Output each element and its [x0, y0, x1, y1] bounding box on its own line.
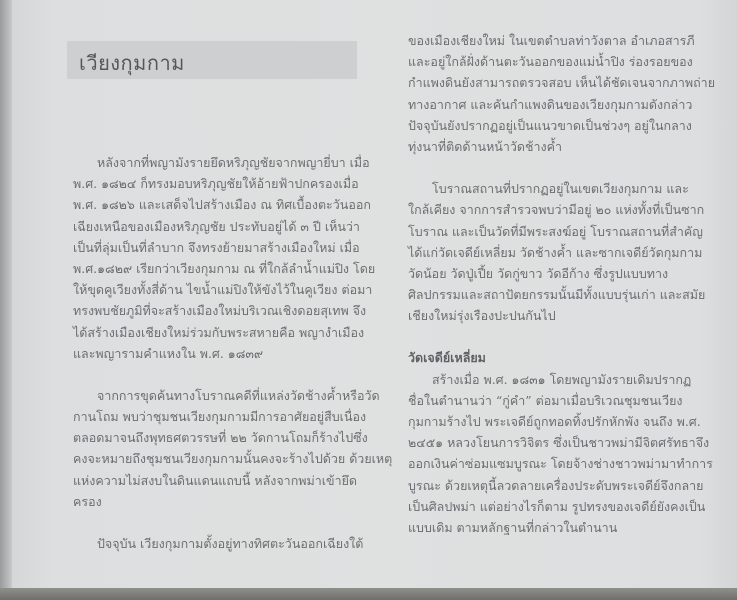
text-line: เฉียงเหนือของเมืองหริภุญชัย ประทับอยู่ได…	[73, 217, 359, 238]
text-line: แห่งความไม่สงบในดินแดนแถบนี้ หลังจากพม่า…	[73, 471, 359, 492]
book-page: เวียงกุมกาม หลังจากที่พญามังรายยึดหริภุญ…	[10, 0, 737, 588]
paragraph-present: ปัจจุบัน เวียงกุมกามตั้งอยู่ทางทิศตะวันอ…	[73, 534, 359, 555]
text-line: กุมกามร้างไป พระเจดีย์ถูกทอดทิ้งปรักหักพ…	[408, 412, 693, 433]
text-line: บูรณะ ด้วยเหตุนี้ลวดลายเครื่องประดับพระเ…	[408, 476, 693, 497]
text-line: ปัจจุบัน เวียงกุมกามตั้งอยู่ทางทิศตะวันอ…	[73, 534, 359, 555]
text-line: แบบเดิม ตามหลักฐานที่กล่าวในตำนาน	[408, 518, 693, 539]
text-line: พ.ศ.๑๘๒๙ เรียกว่าเวียงกุมกาม ณ ที่ใกล้ลำ…	[73, 259, 359, 280]
text-line: พ.ศ. ๑๘๒๔ ก็ทรงมอบหริภุญชัยให้อ้ายฟ้าปกค…	[73, 174, 359, 195]
text-line: คงจะหมายถึงชุมชนเวียงกุมกามนั้นคงจะร้างไ…	[73, 449, 359, 470]
text-line: ได้สร้างเมืองเชียงใหม่ร่วมกับพระสหายคือ …	[73, 323, 359, 344]
text-line: จากการขุดค้นทางโบราณคดีที่แหล่งวัดช้างค้…	[73, 386, 359, 407]
text-line: โบราณ และเป็นวัดที่มีพระสงฆ์อยู่ โบราณสถ…	[408, 222, 693, 243]
paragraph-wat-chedi-liam: สร้างเมื่อ พ.ศ. ๑๘๓๑ โดยพญามังรายเดิมปรา…	[408, 370, 693, 540]
title-banner: เวียงกุมกาม	[67, 41, 357, 79]
text-line: เชียงใหม่รุ่งเรืองปะปนกันไป	[408, 306, 693, 327]
text-line: ให้ขุดคูเวียงทั้งสี่ด้าน ไขน้ำแม่ปิงให้ข…	[73, 280, 359, 301]
text-line: ๒๔๕๑ หลวงโยนการวิจิตร ซึ่งเป็นชาวพม่ามีจ…	[408, 433, 693, 454]
right-column: ของเมืองเชียงใหม่ ในเขตตำบลท่าวังตาล อำเ…	[408, 10, 693, 539]
text-line: วัดน้อย วัดปู่เปี้ย วัดกู่ขาว วัดอีก้าง …	[408, 264, 693, 285]
text-line: ได้แก่วัดเจดีย์เหลี่ยม วัดช้างค้ำ และซาก…	[408, 243, 693, 264]
text-line: ศิลปกรรมและสถาปัตยกรรมนั้นมีทั้งแบบรุ่นเ…	[408, 285, 693, 306]
text-line: พ.ศ. ๑๘๒๖ และเสด็จไปสร้างเมือง ณ ทิศเบื้…	[73, 195, 359, 216]
text-line: ครอง	[73, 492, 359, 513]
text-line: เป็นศิลปพม่า แต่อย่างไรก็ตาม รูปทรงของเจ…	[408, 497, 693, 518]
text-line: หลังจากที่พญามังรายยึดหริภุญชัยจากพญายี่…	[73, 153, 359, 174]
text-line: ออกเงินค่าซ่อมแซมบูรณะ โดยจ้างช่างชาวพม่…	[408, 454, 693, 475]
page-title: เวียงกุมกาม	[79, 47, 185, 79]
text-line: ทางอากาศ และคันกำแพงดินของเวียงกุมกามดัง…	[408, 95, 693, 116]
text-line: ทุ่งนาที่ติดด้านหน้าวัดช้างค้ำ	[408, 137, 693, 158]
text-line: โบราณสถานที่ปรากฏอยู่ในเขตเวียงกุมกาม แล…	[408, 179, 693, 200]
text-line: สร้างเมื่อ พ.ศ. ๑๘๓๑ โดยพญามังรายเดิมปรา…	[408, 370, 693, 391]
text-line: ตลอดมาจนถึงพุทธศตวรรษที่ ๒๒ วัดกานโถมก็ร…	[73, 428, 359, 449]
page-binding-shadow	[0, 0, 12, 588]
paragraph-monuments: โบราณสถานที่ปรากฏอยู่ในเขตเวียงกุมกาม แล…	[408, 179, 693, 327]
left-column: หลังจากที่พญามังรายยึดหริภุญชัยจากพญายี่…	[73, 153, 359, 555]
text-line: และอยู่ใกล้ฝั่งด้านตะวันออกของแม่น้ำปิง …	[408, 52, 693, 73]
text-line: กำแพงดินยังสามารถตรวจสอบ เห็นได้ชัดเจนจา…	[408, 73, 693, 94]
paragraph-history: หลังจากที่พญามังรายยึดหริภุญชัยจากพญายี่…	[73, 153, 359, 365]
text-line: และพญารามคำแหงใน พ.ศ. ๑๘๓๙	[73, 344, 359, 365]
text-line: กานโถม พบว่าชุมชนเวียงกุมกามมีการอาศัยอย…	[73, 407, 359, 428]
paragraph-excavation: จากการขุดค้นทางโบราณคดีที่แหล่งวัดช้างค้…	[73, 386, 359, 513]
text-line: ทรงพบชัยภูมิที่จะสร้างเมืองใหม่บริเวณเชิ…	[73, 301, 359, 322]
page-bottom-edge	[0, 588, 737, 600]
text-line: ใกล้เคียง จากการสำรวจพบว่ามีอยู่ ๒๐ แห่ง…	[408, 200, 693, 221]
text-line: เป็นที่ลุ่มเป็นที่ลำบาก จึงทรงย้ายมาสร้า…	[73, 238, 359, 259]
paragraph-location: ของเมืองเชียงใหม่ ในเขตตำบลท่าวังตาล อำเ…	[408, 31, 693, 158]
text-line: ชื่อในตำนานว่า “กู่คำ” ต่อมาเมื่อบริเวณช…	[408, 391, 693, 412]
section-subheading: วัดเจดีย์เหลี่ยม	[408, 348, 693, 369]
text-line: ปัจจุบันยังปรากฏอยู่เป็นแนวขาดเป็นช่วงๆ …	[408, 116, 693, 137]
text-line: ของเมืองเชียงใหม่ ในเขตตำบลท่าวังตาล อำเ…	[408, 31, 693, 52]
